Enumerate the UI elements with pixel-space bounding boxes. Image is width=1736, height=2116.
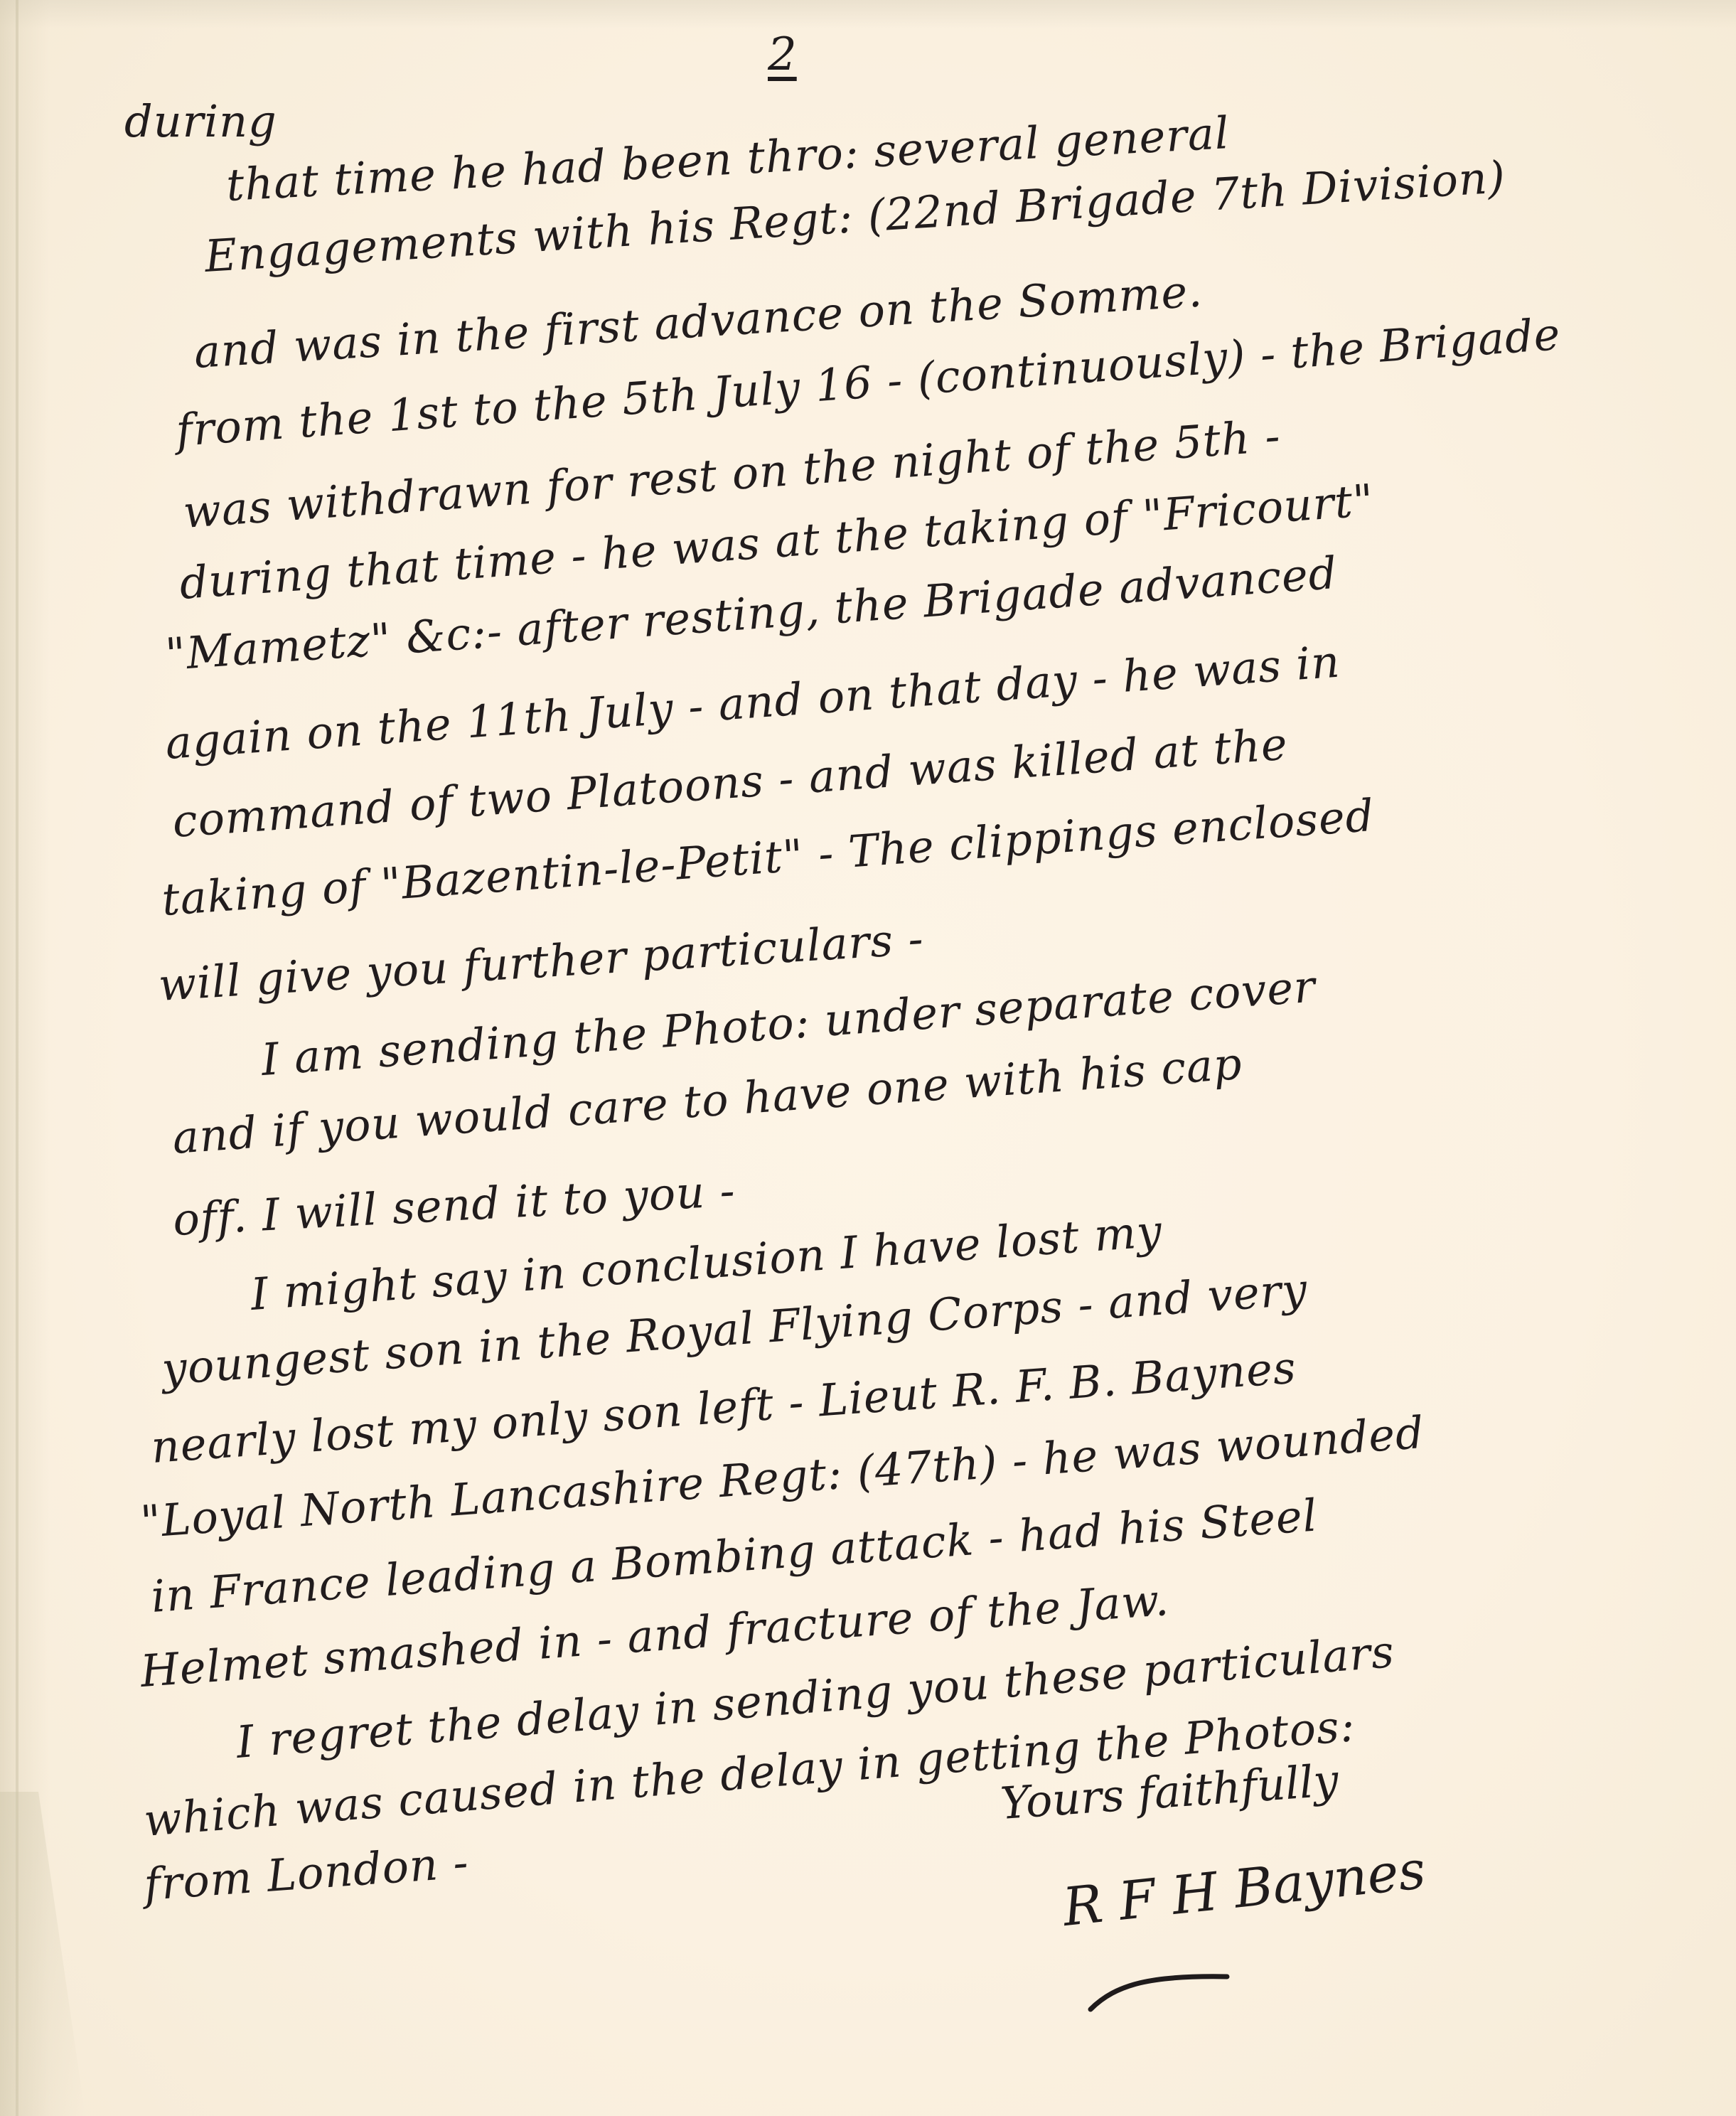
letter-line-12: will give you further particulars - (157, 917, 925, 1008)
letter-line-15: off. I will send it to you - (172, 1169, 736, 1242)
signature: R F H Baynes (1060, 1839, 1428, 1938)
page-number: 2 (768, 28, 797, 81)
letter-line-24: from London - (143, 1840, 471, 1907)
paper-tear (0, 1792, 85, 2116)
signature-underline-flourish (1088, 1970, 1230, 2012)
letter-line-1: during (124, 100, 277, 144)
letter-page: 2 during that time he had been thro: sev… (0, 0, 1736, 2116)
